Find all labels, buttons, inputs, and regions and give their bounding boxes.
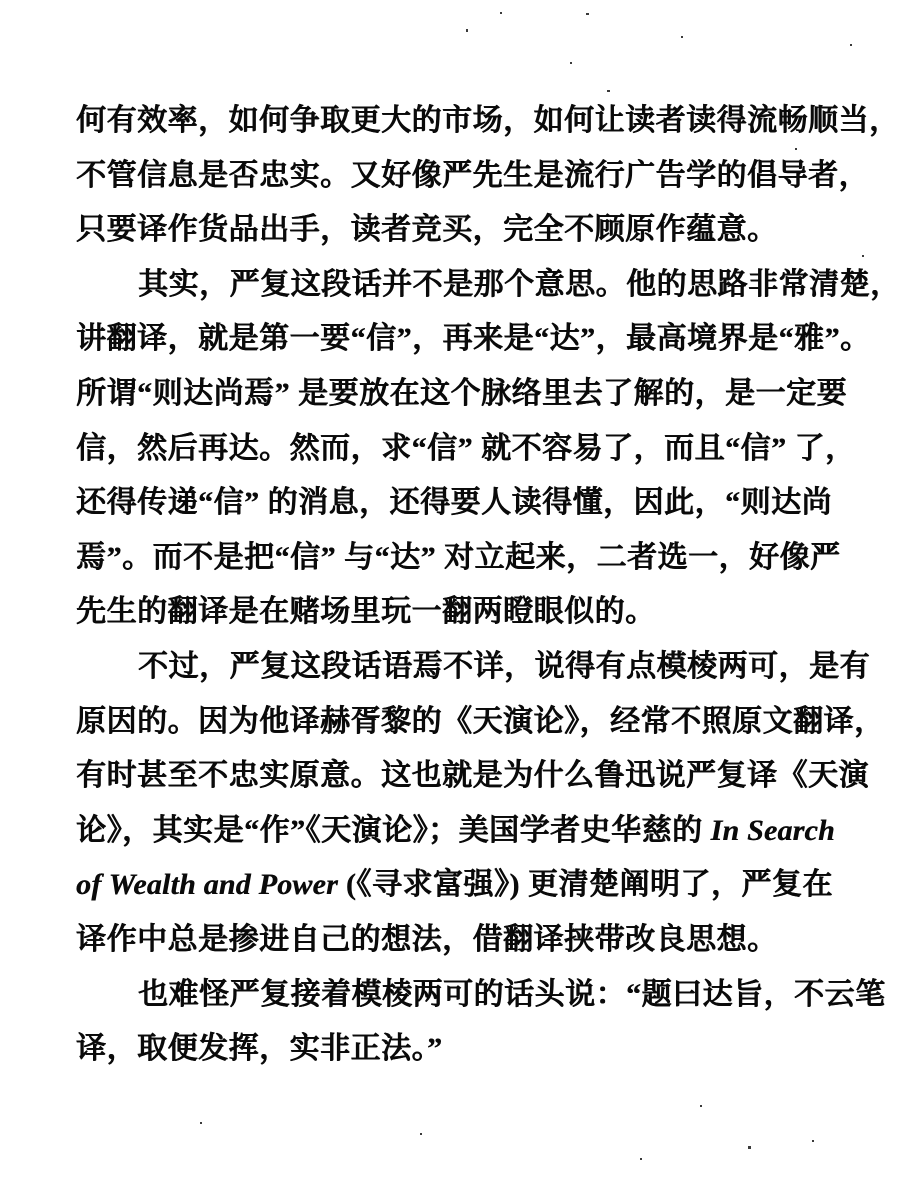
text-line: 不过，严复这段话语焉不详，说得有点模棱两可，是有 bbox=[76, 640, 858, 695]
chinese-text-run: (《寻求富强》) 更清楚阐明了，严复在 bbox=[338, 868, 833, 901]
scan-noise-speck bbox=[640, 1158, 642, 1160]
text-line: 其实，严复这段话并不是那个意思。他的思路非常清楚， bbox=[76, 258, 858, 313]
scan-noise-speck bbox=[700, 1105, 702, 1107]
scan-noise-speck bbox=[466, 29, 468, 32]
text-line: 译作中总是掺进自己的想法，借翻译挟带改良思想。 bbox=[76, 913, 858, 968]
scanned-book-page: 何有效率，如何争取更大的市场，如何让读者读得流畅顺当， 不管信息是否忠实。又好像… bbox=[0, 0, 909, 1194]
text-line: 论》，其实是“作”《天演论》；美国学者史华慈的 In Search bbox=[76, 804, 858, 859]
text-line: 不管信息是否忠实。又好像严先生是流行广告学的倡导者， bbox=[76, 149, 858, 204]
scan-noise-speck bbox=[862, 255, 864, 257]
scan-noise-speck bbox=[681, 36, 683, 38]
text-line: 有时甚至不忠实原意。这也就是为什么鲁迅说严复译《天演 bbox=[76, 749, 858, 804]
text-block: 何有效率，如何争取更大的市场，如何让读者读得流畅顺当， 不管信息是否忠实。又好像… bbox=[76, 94, 858, 1077]
text-line: 只要译作货品出手，读者竞买，完全不顾原作蕴意。 bbox=[76, 203, 858, 258]
scan-noise-speck bbox=[420, 1133, 422, 1135]
scan-noise-speck bbox=[850, 44, 852, 46]
scan-noise-speck bbox=[607, 90, 610, 92]
text-line: 焉”。而不是把“信” 与“达” 对立起来，二者选一，好像严 bbox=[76, 531, 858, 586]
scan-noise-speck bbox=[500, 12, 502, 14]
text-line: 讲翻译，就是第一要“信”，再来是“达”，最高境界是“雅”。 bbox=[76, 312, 858, 367]
text-line: 原因的。因为他译赫胥黎的《天演论》，经常不照原文翻译， bbox=[76, 695, 858, 750]
text-line: of Wealth and Power (《寻求富强》) 更清楚阐明了，严复在 bbox=[76, 858, 858, 913]
scan-noise-speck bbox=[748, 1146, 751, 1149]
scan-noise-speck bbox=[570, 62, 572, 64]
text-line: 何有效率，如何争取更大的市场，如何让读者读得流畅顺当， bbox=[76, 94, 858, 149]
text-line: 先生的翻译是在赌场里玩一翻两瞪眼似的。 bbox=[76, 585, 858, 640]
text-line: 所谓“则达尚焉” 是要放在这个脉络里去了解的，是一定要 bbox=[76, 367, 858, 422]
english-italic-title: In Search bbox=[711, 814, 835, 847]
scan-noise-speck bbox=[586, 13, 589, 15]
scan-noise-speck bbox=[200, 1122, 202, 1124]
scan-noise-speck bbox=[812, 1140, 814, 1142]
scan-noise-speck bbox=[795, 148, 797, 150]
text-line: 还得传递“信” 的消息，还得要人读得懂，因此，“则达尚 bbox=[76, 476, 858, 531]
text-line: 也难怪严复接着模棱两可的话头说：“题曰达旨，不云笔 bbox=[76, 968, 858, 1023]
chinese-text-run: 论》，其实是“作”《天演论》；美国学者史华慈的 bbox=[76, 814, 711, 847]
text-line: 信，然后再达。然而，求“信” 就不容易了，而且“信” 了， bbox=[76, 422, 858, 477]
english-italic-title: of Wealth and Power bbox=[76, 868, 338, 901]
text-line: 译，取便发挥，实非正法。” bbox=[76, 1022, 858, 1077]
